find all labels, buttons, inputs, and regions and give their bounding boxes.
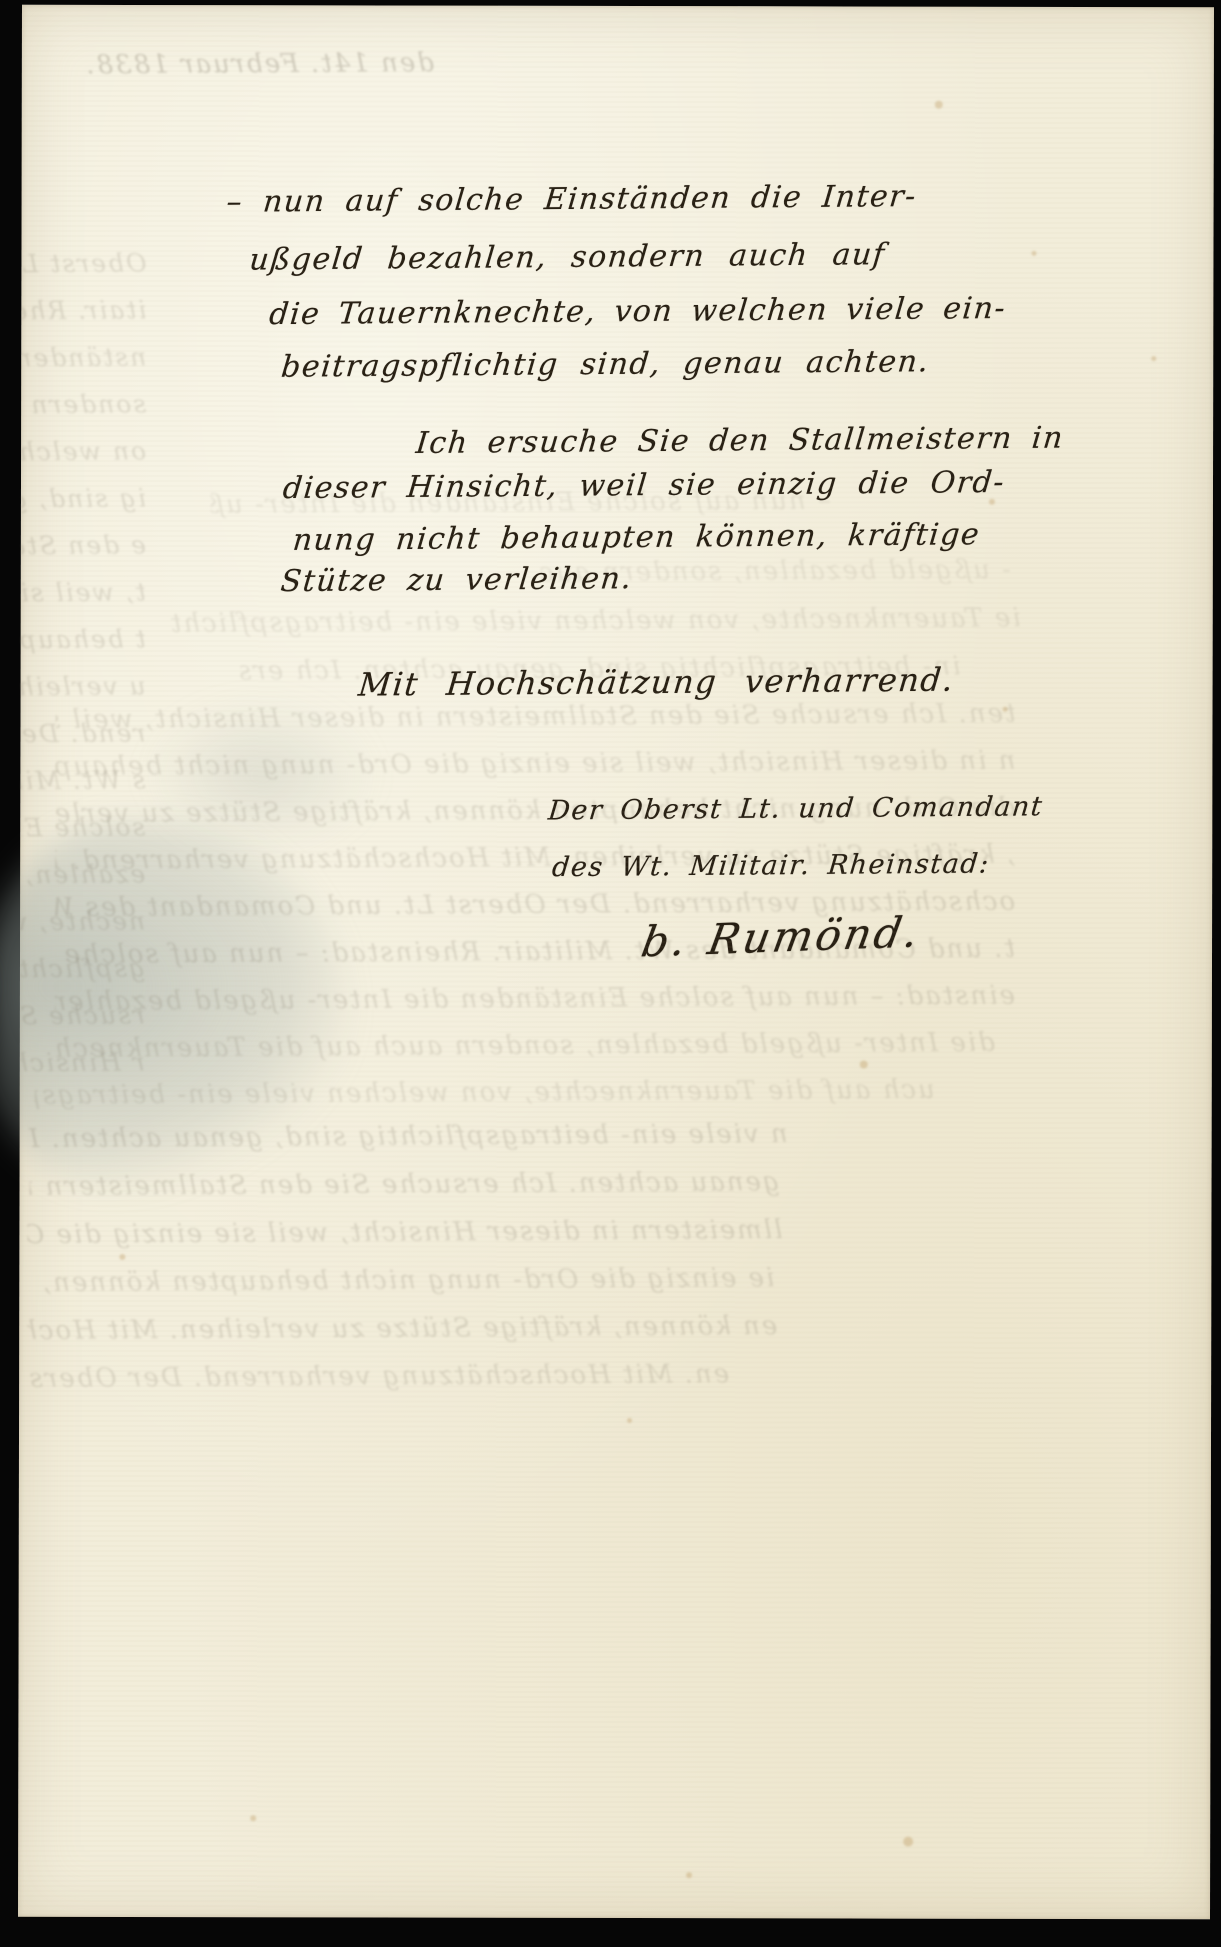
handwritten-line: – nun auf solche Einständen die Inter- xyxy=(225,179,919,220)
verso-bleedthrough-line: ie einzig die Ord- nung nicht behaupten … xyxy=(29,1263,774,1298)
foxing-spot xyxy=(903,1837,913,1847)
handwritten-line: dieser Hinsicht, weil sie einzig die Ord… xyxy=(281,465,1006,506)
verso-bleedthrough-line: nständen die xyxy=(21,342,146,372)
handwriting-layer: – nun auf solche Einständen die Inter-uß… xyxy=(22,5,1214,7)
foxing-spot xyxy=(1003,707,1008,712)
handwritten-line: die Tauernknechte, von welchen viele ein… xyxy=(268,291,1008,332)
verso-bleedthrough-line: ten. Ich ersuche Sie den Stallmeistern i… xyxy=(55,699,1015,735)
handwritten-line: ußgeld bezahlen, sondern auch auf xyxy=(248,237,887,277)
verso-bleedthrough-line: gspflichtig xyxy=(20,953,145,983)
verso-bleedthrough-line: t behaupten xyxy=(21,624,146,654)
handwritten-line: beitragspflichtig sind, genau achten. xyxy=(280,344,932,384)
handwritten-line: nung nicht behaupten können, kräftige xyxy=(291,517,982,558)
verso-bleedthrough-line: ie Tauernknechte, von welchen viele ein-… xyxy=(171,603,1021,639)
verso-bleedthrough-line: nechte, von xyxy=(20,906,145,936)
handwritten-line: Ich ersuche Sie den Stallmeistern in xyxy=(414,421,1065,461)
handwritten-line: Stütze zu verleihen. xyxy=(279,561,634,599)
verso-bleedthrough-line: solche Einst xyxy=(20,812,145,842)
verso-bleedthrough-line: sondern auch xyxy=(21,389,146,419)
verso-bleedthrough-line: en können, kräftige Stütze zu verleihen.… xyxy=(27,1311,777,1346)
verso-bleedthrough-line: n in dieser Hinsicht, weil sie einzig di… xyxy=(55,746,1015,782)
gray-stain-soft xyxy=(140,695,380,856)
scan-background: { "scan": { "background_color": "#060606… xyxy=(0,0,1221,1947)
verso-bleedthrough-line: genau achten. Ich ersuche Sie den Stallm… xyxy=(29,1167,779,1202)
foxing-spot xyxy=(119,1254,125,1260)
verso-bleedthrough-line: uch auf die Tauernknechte, von welchen v… xyxy=(35,1075,935,1111)
foxing-spot xyxy=(860,1061,868,1069)
verso-bleedthrough-line: rsuche Sie d xyxy=(20,1000,145,1030)
verso-bleedthrough-line: die Inter- ußgeld bezahlen, sondern auch… xyxy=(55,1028,995,1064)
signature: b. Rumönd. xyxy=(638,907,925,966)
verso-bleedthrough-line: einstad: – nun auf solche Einständen die… xyxy=(55,981,1015,1017)
foxing-spot xyxy=(627,1418,632,1423)
verso-bleedthrough-line: rend. Der Ob xyxy=(20,718,145,748)
foxing-spot xyxy=(686,1872,692,1878)
verso-bleedthrough-line: s Wt. Milita xyxy=(20,765,145,795)
foxing-spot xyxy=(935,101,943,109)
verso-bleedthrough-line: r Hinsicht, xyxy=(20,1047,145,1077)
verso-bleedthrough-layer: den 14t. Februar 1838.– nun auf solche E… xyxy=(22,5,1214,7)
handwritten-line: des Wt. Militair. Rheinstad: xyxy=(551,848,992,883)
letter-page: den 14t. Februar 1838.– nun auf solche E… xyxy=(18,5,1214,1919)
foxing-spots-layer xyxy=(22,5,1214,7)
verso-bleedthrough-line: ezahlen, son xyxy=(20,859,145,889)
handwritten-line: Mit Hochschätzung verharrend. xyxy=(357,661,956,704)
verso-bleedthrough-line: n viele ein- beitragspflichtig sind, gen… xyxy=(28,1119,788,1154)
handwritten-line: Der Oberst Lt. und Comandant xyxy=(547,791,1045,826)
verso-date-bleedthrough: den 14t. Februar 1838. xyxy=(64,48,434,80)
verso-bleedthrough-line: en. Mit Hochschätzung verharrend. Der Ob… xyxy=(29,1359,729,1394)
foxing-spot xyxy=(1151,356,1156,361)
verso-bleedthrough-line: Oberst Lt. xyxy=(21,248,146,278)
gray-stain xyxy=(0,820,350,1191)
foxing-spot xyxy=(1031,251,1036,256)
verso-bleedthrough-line: e den Stallm xyxy=(21,530,146,560)
verso-bleedthrough-line: ig sind, gen xyxy=(21,483,146,513)
verso-bleedthrough-line: llmeistern in dieser Hinsicht, weil sie … xyxy=(27,1215,782,1250)
verso-bleedthrough-line: on welchen v xyxy=(21,436,146,466)
verso-bleedthrough-line: u verleihen. xyxy=(20,671,145,701)
verso-bleedthrough-line: itair. Rhein xyxy=(21,295,146,325)
foxing-spot xyxy=(250,1815,256,1821)
verso-bleedthrough-line: t, weil sie xyxy=(21,577,146,607)
